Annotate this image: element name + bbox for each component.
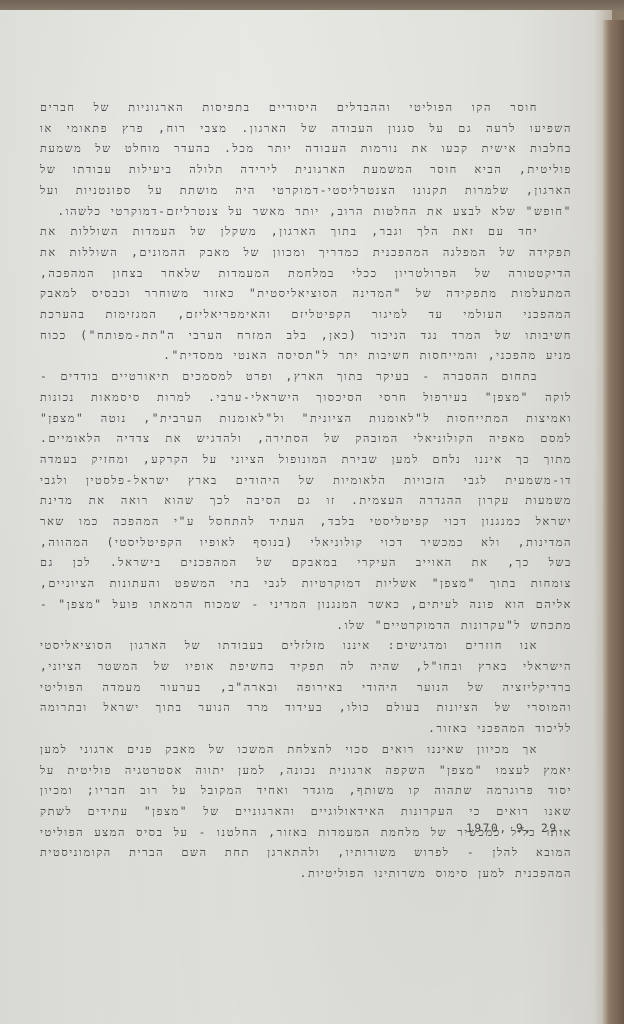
paragraph-line: לוקה "מצפן" בעירפול חרסי הסיכסוך הישראלי… [40,388,572,409]
paragraph-line: דו-משמעית לגבי הזכויות הלאומיות של היהוד… [40,471,572,492]
paragraph-line: המהפכני העולמי עד למיגור הקפיטליזם והאימ… [40,305,572,326]
paragraph-line: בשל כך, את האוייב העיקרי במאבקם של המהפכ… [40,553,572,574]
paragraph-line: יחד עם זאת הלך וגבר, בתוך הארגון, משקלן … [40,222,572,243]
paragraph-line: תפקידה של המפלגה המהפכנית כמדריך ומכוון … [40,243,572,264]
paragraph-line: פוליטית, הביא חוסר המשמעת הארגונית ליריד… [40,160,572,181]
paragraph-line: מניע מהפכני, והמייחסות חשיבות יתר ל"תסיס… [40,346,572,367]
paragraph-line: הארגון, שלמרות תקנונו הצנטרליסטי-דמוקרטי… [40,181,572,202]
paragraph-line: לליכוד המהפכני באזור. [40,719,572,740]
paragraph-line: הישראלי בארץ ובחו"ל, שהיה לה תפקיד בחשיפ… [40,657,572,678]
paragraph-line: המהפכנית למען סימוס משרותינו הפוליטיות. [40,864,572,885]
paragraph-line: "חופש" שלא לבצע את החלטות הרוב, יותר מאש… [40,202,572,223]
paragraph-line: המתעלמות מתפקידה של "המדינה הסוציאליסטית… [40,284,572,305]
paragraph-line: משמעות עקרון ההגדרה העצמית. זו גם הסיבה … [40,491,572,512]
paragraph-line: יסוד פרוגרמה שתהוה קו משותף, מוגדר ואחיד… [40,781,572,802]
paragraph-line: ואמיצות המתייחסות ל"לאומנות הציונית" ול"… [40,409,572,430]
paragraph-line: מתכחש ל"עקרונות הדמוקרטיים" שלו. [40,616,572,637]
paragraph-line: השפיעו לרעה גם על סגנון העבודה של הארגון… [40,119,572,140]
paragraph-line: והמוסרי של הציונות בעולם כולו, בעידוד מר… [40,698,572,719]
paragraph-line: בחלבות אישית קבעו את נורמות העבודה יותר … [40,139,572,160]
paragraph-line: המדינות, ולא כמכשיר דכוי קולוניאלי (בנוס… [40,533,572,554]
paragraph-line: אנו חוזרים ומדגישים: איננו מזלזלים בעבוד… [40,636,572,657]
paragraph-line: בתחום ההסברה - בעיקר בתוך הארץ, ופרט למס… [40,367,572,388]
paragraph-line: המובא להלן - לפרוש משורותיו, ולהתארגן תח… [40,843,572,864]
paragraph-line: חשיבותו של המרד נגד הניכור (כאן, בלב המז… [40,326,572,347]
paragraph-line: ישראל כמנגנון דכוי קפיטליסטי בלבד, העתיד… [40,512,572,533]
document-body: חוסר הקו הפוליטי וההבדלים היסודיים בתפיס… [40,98,572,885]
paragraph-line: שאנו רואים כי העקרונות האידאולוגיים והאר… [40,802,572,823]
paragraph-line: צומחות בתוך "מצפן" אשליות דמוקרטיות לגבי… [40,574,572,595]
paragraph-line: יאמץ לעצמו "מצפן" השקפה ארגונית נכונה, ל… [40,761,572,782]
paragraph-line: מתוך כך איננו נלחם למען שבירת המונופול ה… [40,450,572,471]
document-date: .29 ,9 ,1970 [466,822,566,835]
paragraph-line: אך מכיוון שאיננו רואים סכוי להצלחת המשכו… [40,740,572,761]
paragraph-line: למסם מאפיה הקולוניאלי המובהק של הסתירה, … [40,429,572,450]
paragraph-line: אליהם הוא פונה לעיתים, כאשר המנגנון המדי… [40,595,572,616]
paragraph-line: חוסר הקו הפוליטי וההבדלים היסודיים בתפיס… [40,98,572,119]
scan-right-edge [602,20,624,1024]
paragraph-line: ברדיקליזציה של הנוער היהודי באירופה ובאר… [40,678,572,699]
document-page: חוסר הקו הפוליטי וההבדלים היסודיים בתפיס… [0,10,612,1024]
paragraph-line: הדיקטטורה של הפרולטריון ככלי במלחמת המעמ… [40,264,572,285]
